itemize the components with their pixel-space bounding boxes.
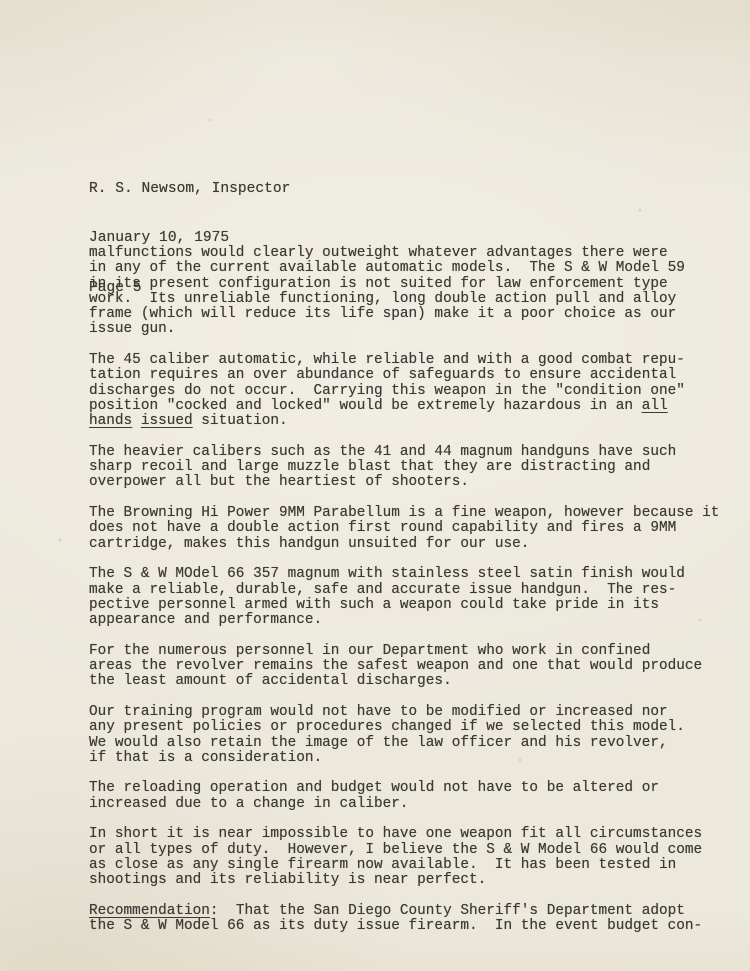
text-line: The reloading operation and budget would… (89, 781, 719, 796)
underlined-text: Recommendation (89, 903, 210, 919)
text-line: position "cocked and locked" would be ex… (89, 399, 719, 414)
underlined-text: all (642, 398, 668, 414)
text-line: the least amount of accidental discharge… (89, 674, 719, 689)
text-segment (132, 413, 141, 429)
text-line: work. Its unreliable functioning, long d… (89, 292, 719, 307)
text-line: Recommendation: That the San Diego Count… (89, 904, 719, 919)
paragraph: In short it is near impossible to have o… (89, 827, 719, 888)
text-line: overpower all but the heartiest of shoot… (89, 475, 719, 490)
text-line: any present policies or procedures chang… (89, 720, 719, 735)
paragraph: The heavier calibers such as the 41 and … (89, 445, 719, 491)
header-author-line: R. S. Newsom, Inspector (89, 181, 290, 196)
text-line: cartridge, makes this handgun unsuited f… (89, 537, 719, 552)
underlined-text: hands (89, 413, 132, 429)
text-line: as close as any single firearm now avail… (89, 858, 719, 873)
text-line: The S & W MOdel 66 357 magnum with stain… (89, 567, 719, 582)
text-line: in any of the current available automati… (89, 261, 719, 276)
text-segment: position "cocked and locked" would be ex… (89, 398, 642, 414)
paragraph: For the numerous personnel in our Depart… (89, 644, 719, 690)
paragraph: The S & W MOdel 66 357 magnum with stain… (89, 567, 719, 628)
text-line: appearance and performance. (89, 613, 719, 628)
paragraph: Our training program would not have to b… (89, 705, 719, 766)
text-line: pective personnel armed with such a weap… (89, 598, 719, 613)
text-line: In short it is near impossible to have o… (89, 827, 719, 842)
text-line: discharges do not occur. Carrying this w… (89, 384, 719, 399)
text-line: shootings and its reliability is near pe… (89, 873, 719, 888)
paragraph: Recommendation: That the San Diego Count… (89, 904, 719, 935)
text-line: For the numerous personnel in our Depart… (89, 644, 719, 659)
header-date-line: January 10, 1975 (89, 230, 290, 245)
text-segment: situation. (193, 413, 288, 429)
text-segment: : That the San Diego County Sheriff's De… (210, 903, 685, 919)
text-line: does not have a double action first roun… (89, 521, 719, 536)
text-line: tation requires an over abundance of saf… (89, 368, 719, 383)
paragraph: The Browning Hi Power 9MM Parabellum is … (89, 506, 719, 552)
text-line: Our training program would not have to b… (89, 705, 719, 720)
text-line: increased due to a change in caliber. (89, 797, 719, 812)
text-line: We would also retain the image of the la… (89, 736, 719, 751)
text-line: frame (which will reduce its life span) … (89, 307, 719, 322)
text-line: make a reliable, durable, safe and accur… (89, 583, 719, 598)
document-page: R. S. Newsom, Inspector January 10, 1975… (0, 0, 750, 971)
text-line: hands issued situation. (89, 414, 719, 429)
paragraph: malfunctions would clearly outweight wha… (89, 246, 719, 338)
letter-body: malfunctions would clearly outweight wha… (89, 246, 719, 934)
paragraph: The reloading operation and budget would… (89, 781, 719, 812)
text-line: malfunctions would clearly outweight wha… (89, 246, 719, 261)
text-line: the S & W Model 66 as its duty issue fir… (89, 919, 719, 934)
text-line: in its present configuration is not suit… (89, 277, 719, 292)
text-line: or all types of duty. However, I believe… (89, 843, 719, 858)
text-line: if that is a consideration. (89, 751, 719, 766)
text-line: The heavier calibers such as the 41 and … (89, 445, 719, 460)
paragraph: The 45 caliber automatic, while reliable… (89, 353, 719, 429)
text-line: issue gun. (89, 322, 719, 337)
underlined-text: issued (141, 413, 193, 429)
